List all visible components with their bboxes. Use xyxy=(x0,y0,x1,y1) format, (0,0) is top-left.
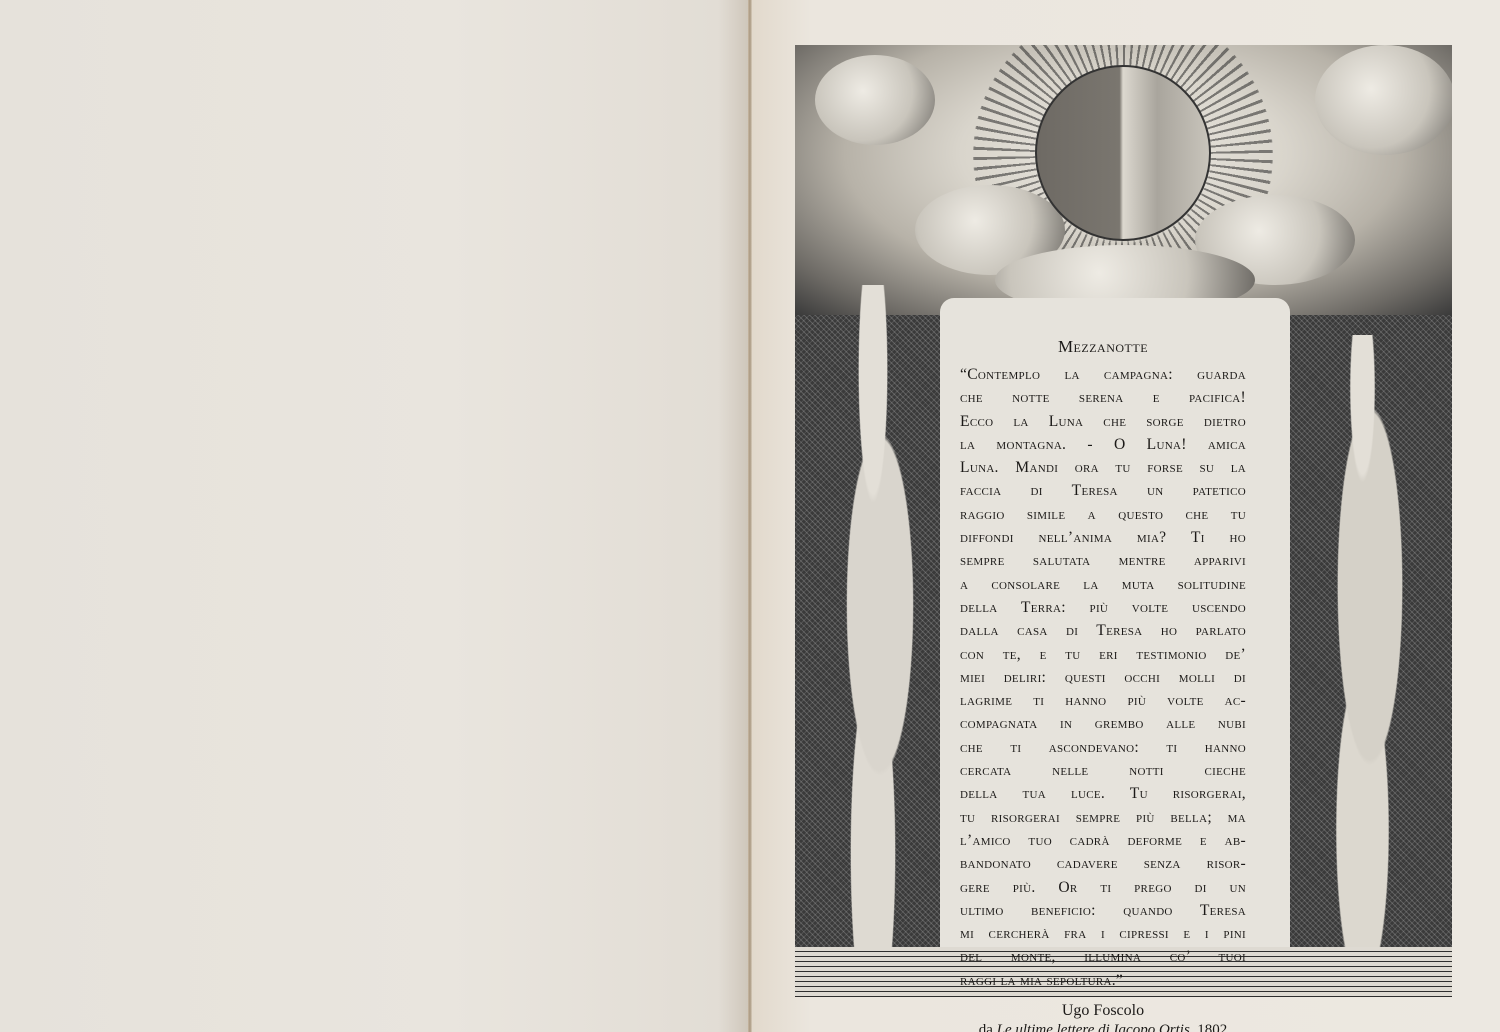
poem-line: tu risorgerai sempre più bella; ma xyxy=(960,806,1246,829)
poem-line: sempre salutata mentre apparivi xyxy=(960,549,1246,572)
poem-line: cercata nelle notti cieche xyxy=(960,759,1246,782)
poem-line: raggi la mia sepoltura.” xyxy=(960,969,1246,992)
cavalier-figure xyxy=(803,285,943,995)
poem-line: miei deliri: questi occhi molli di xyxy=(960,666,1246,689)
poem-line: Luna. Mandi ora tu forse su la xyxy=(960,456,1246,479)
poem-line: mi cercherà fra i cipressi e i pini xyxy=(960,922,1246,945)
poem-line: che ti ascondevano: ti hanno xyxy=(960,736,1246,759)
poem-line: ultimo beneficio: quando Teresa xyxy=(960,899,1246,922)
source-prefix: da xyxy=(979,1022,993,1032)
poem-line: raggio simile a questo che tu xyxy=(960,503,1246,526)
poem-line: del monte, illumina co’ tuoi xyxy=(960,945,1246,968)
poem-line: gere più. Or ti prego di un xyxy=(960,876,1246,899)
source-year: , 1802 xyxy=(1190,1022,1228,1032)
source-title: Le ultime lettere di Iacopo Ortis xyxy=(997,1022,1190,1032)
poem-line: bandonato cadavere senza risor- xyxy=(960,852,1246,875)
moon-icon xyxy=(1035,65,1211,241)
poem-line: a consolare la muta solitudine xyxy=(960,573,1246,596)
left-page-blank xyxy=(0,0,748,1032)
poem-line: Ecco la Luna che sorge dietro xyxy=(960,410,1246,433)
poem-text: “Contemplo la campagna: guarda che notte… xyxy=(960,363,1246,992)
poem-block: Mezzanotte “Contemplo la campagna: guard… xyxy=(960,337,1246,1032)
poem-line: dalla casa di Teresa ho parlato xyxy=(960,619,1246,642)
cloud-right xyxy=(1315,45,1452,155)
poem-line: compagnata in grembo alle nubi xyxy=(960,712,1246,735)
poem-line: la montagna. - O Luna! amica xyxy=(960,433,1246,456)
poem-author: Ugo Foscolo xyxy=(960,1002,1246,1020)
poem-line: l’amico tuo cadrà deforme e ab- xyxy=(960,829,1246,852)
poem-line: che notte serena e pacifica! xyxy=(960,386,1246,409)
poem-line: lagrime ti hanno più volte ac- xyxy=(960,689,1246,712)
cloud-left xyxy=(815,55,935,145)
poem-line: diffondi nell’anima mia? Ti ho xyxy=(960,526,1246,549)
poem-line: con te, e tu eri testimonio de’ xyxy=(960,643,1246,666)
skeleton-figure xyxy=(1295,335,1445,995)
poem-line: faccia di Teresa un patetico xyxy=(960,479,1246,502)
poem-line: della Terra: più volte uscendo xyxy=(960,596,1246,619)
poem-source: da Le ultime lettere di Iacopo Ortis, 18… xyxy=(960,1022,1246,1032)
poem-line: “Contemplo la campagna: guarda xyxy=(960,363,1246,386)
poem-line: della tua luce. Tu risorgerai, xyxy=(960,782,1246,805)
poem-title: Mezzanotte xyxy=(960,337,1246,357)
